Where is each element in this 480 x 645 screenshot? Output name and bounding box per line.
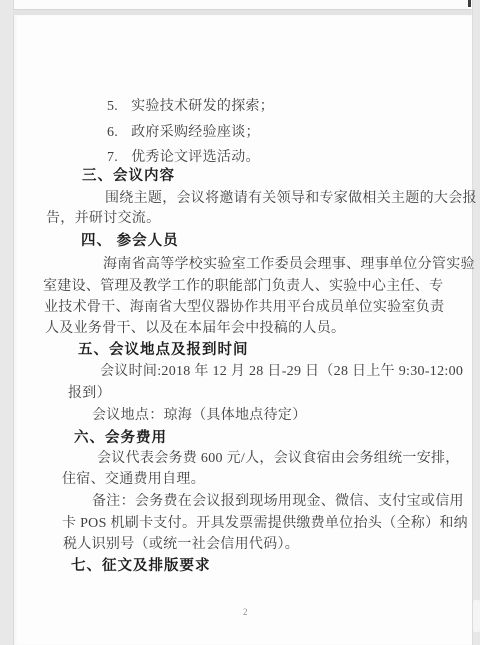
document-viewer: 5.实验技术研发的探索； 6.政府采购经验座谈； 7.优秀论文评选活动。 三、会… bbox=[0, 0, 480, 645]
body-line: 人及业务骨干、以及在本届年会中投稿的人员。 bbox=[45, 319, 345, 339]
list-item-number: 6. bbox=[107, 123, 118, 143]
body-line: 卡 POS 机刷卡支付。开具发票需提供缴费单位抬头（全称）和纳 bbox=[62, 514, 468, 534]
list-item: 7.优秀论文评选活动。 bbox=[107, 148, 260, 168]
body-line: 会议地点：琼海（具体地点待定） bbox=[92, 406, 307, 426]
body-line: 围绕主题，会议将邀请有关领导和专家做相关主题的大会报 bbox=[105, 189, 477, 209]
list-item: 6.政府采购经验座谈； bbox=[107, 123, 260, 143]
list-item: 5.实验技术研发的探索； bbox=[107, 97, 274, 117]
body-line: 告，并研讨交流。 bbox=[46, 209, 160, 229]
body-line: 税人识别号（或统一社会信用代码）。 bbox=[63, 535, 299, 555]
page-number: 2 bbox=[243, 607, 248, 617]
body-line: 会议代表会务费 600 元/人，会议食宿由会务组统一安排， bbox=[97, 449, 460, 469]
section-heading-7: 七、征文及排版要求 bbox=[71, 556, 211, 576]
body-line: 海南省高等学校实验室工作委员会理事、理事单位分管实验 bbox=[103, 255, 475, 275]
section-heading-6: 六、会务费用 bbox=[74, 428, 167, 448]
body-line: 室建设、管理及教学工作的职能部门负责人、实验中心主任、专 bbox=[43, 277, 443, 297]
body-line: 业技术骨干、海南省大型仪器协作共用平台成员单位实验室负责 bbox=[44, 298, 444, 318]
list-item-text: 实验技术研发的探索； bbox=[131, 99, 274, 114]
page-text-layer: 5.实验技术研发的探索； 6.政府采购经验座谈； 7.优秀论文评选活动。 三、会… bbox=[0, 0, 480, 645]
section-heading-3: 三、会议内容 bbox=[82, 166, 175, 186]
section-heading-4: 四、 参会人员 bbox=[81, 231, 179, 251]
list-item-number: 5. bbox=[107, 97, 118, 117]
body-line: 会议时间:2018 年 12 月 28 日-29 日（28 日上午 9:30-1… bbox=[100, 362, 463, 382]
list-item-text: 优秀论文评选活动。 bbox=[131, 150, 260, 165]
body-line: 住宿、交通费用自理。 bbox=[62, 470, 205, 490]
section-heading-5: 五、会议地点及报到时间 bbox=[78, 340, 249, 360]
list-item-number: 7. bbox=[107, 148, 118, 168]
body-line: 报到） bbox=[68, 384, 111, 404]
list-item-text: 政府采购经验座谈； bbox=[131, 125, 260, 140]
body-line: 备注：会务费在会议报到现场用现金、微信、支付宝或信用 bbox=[92, 492, 464, 512]
